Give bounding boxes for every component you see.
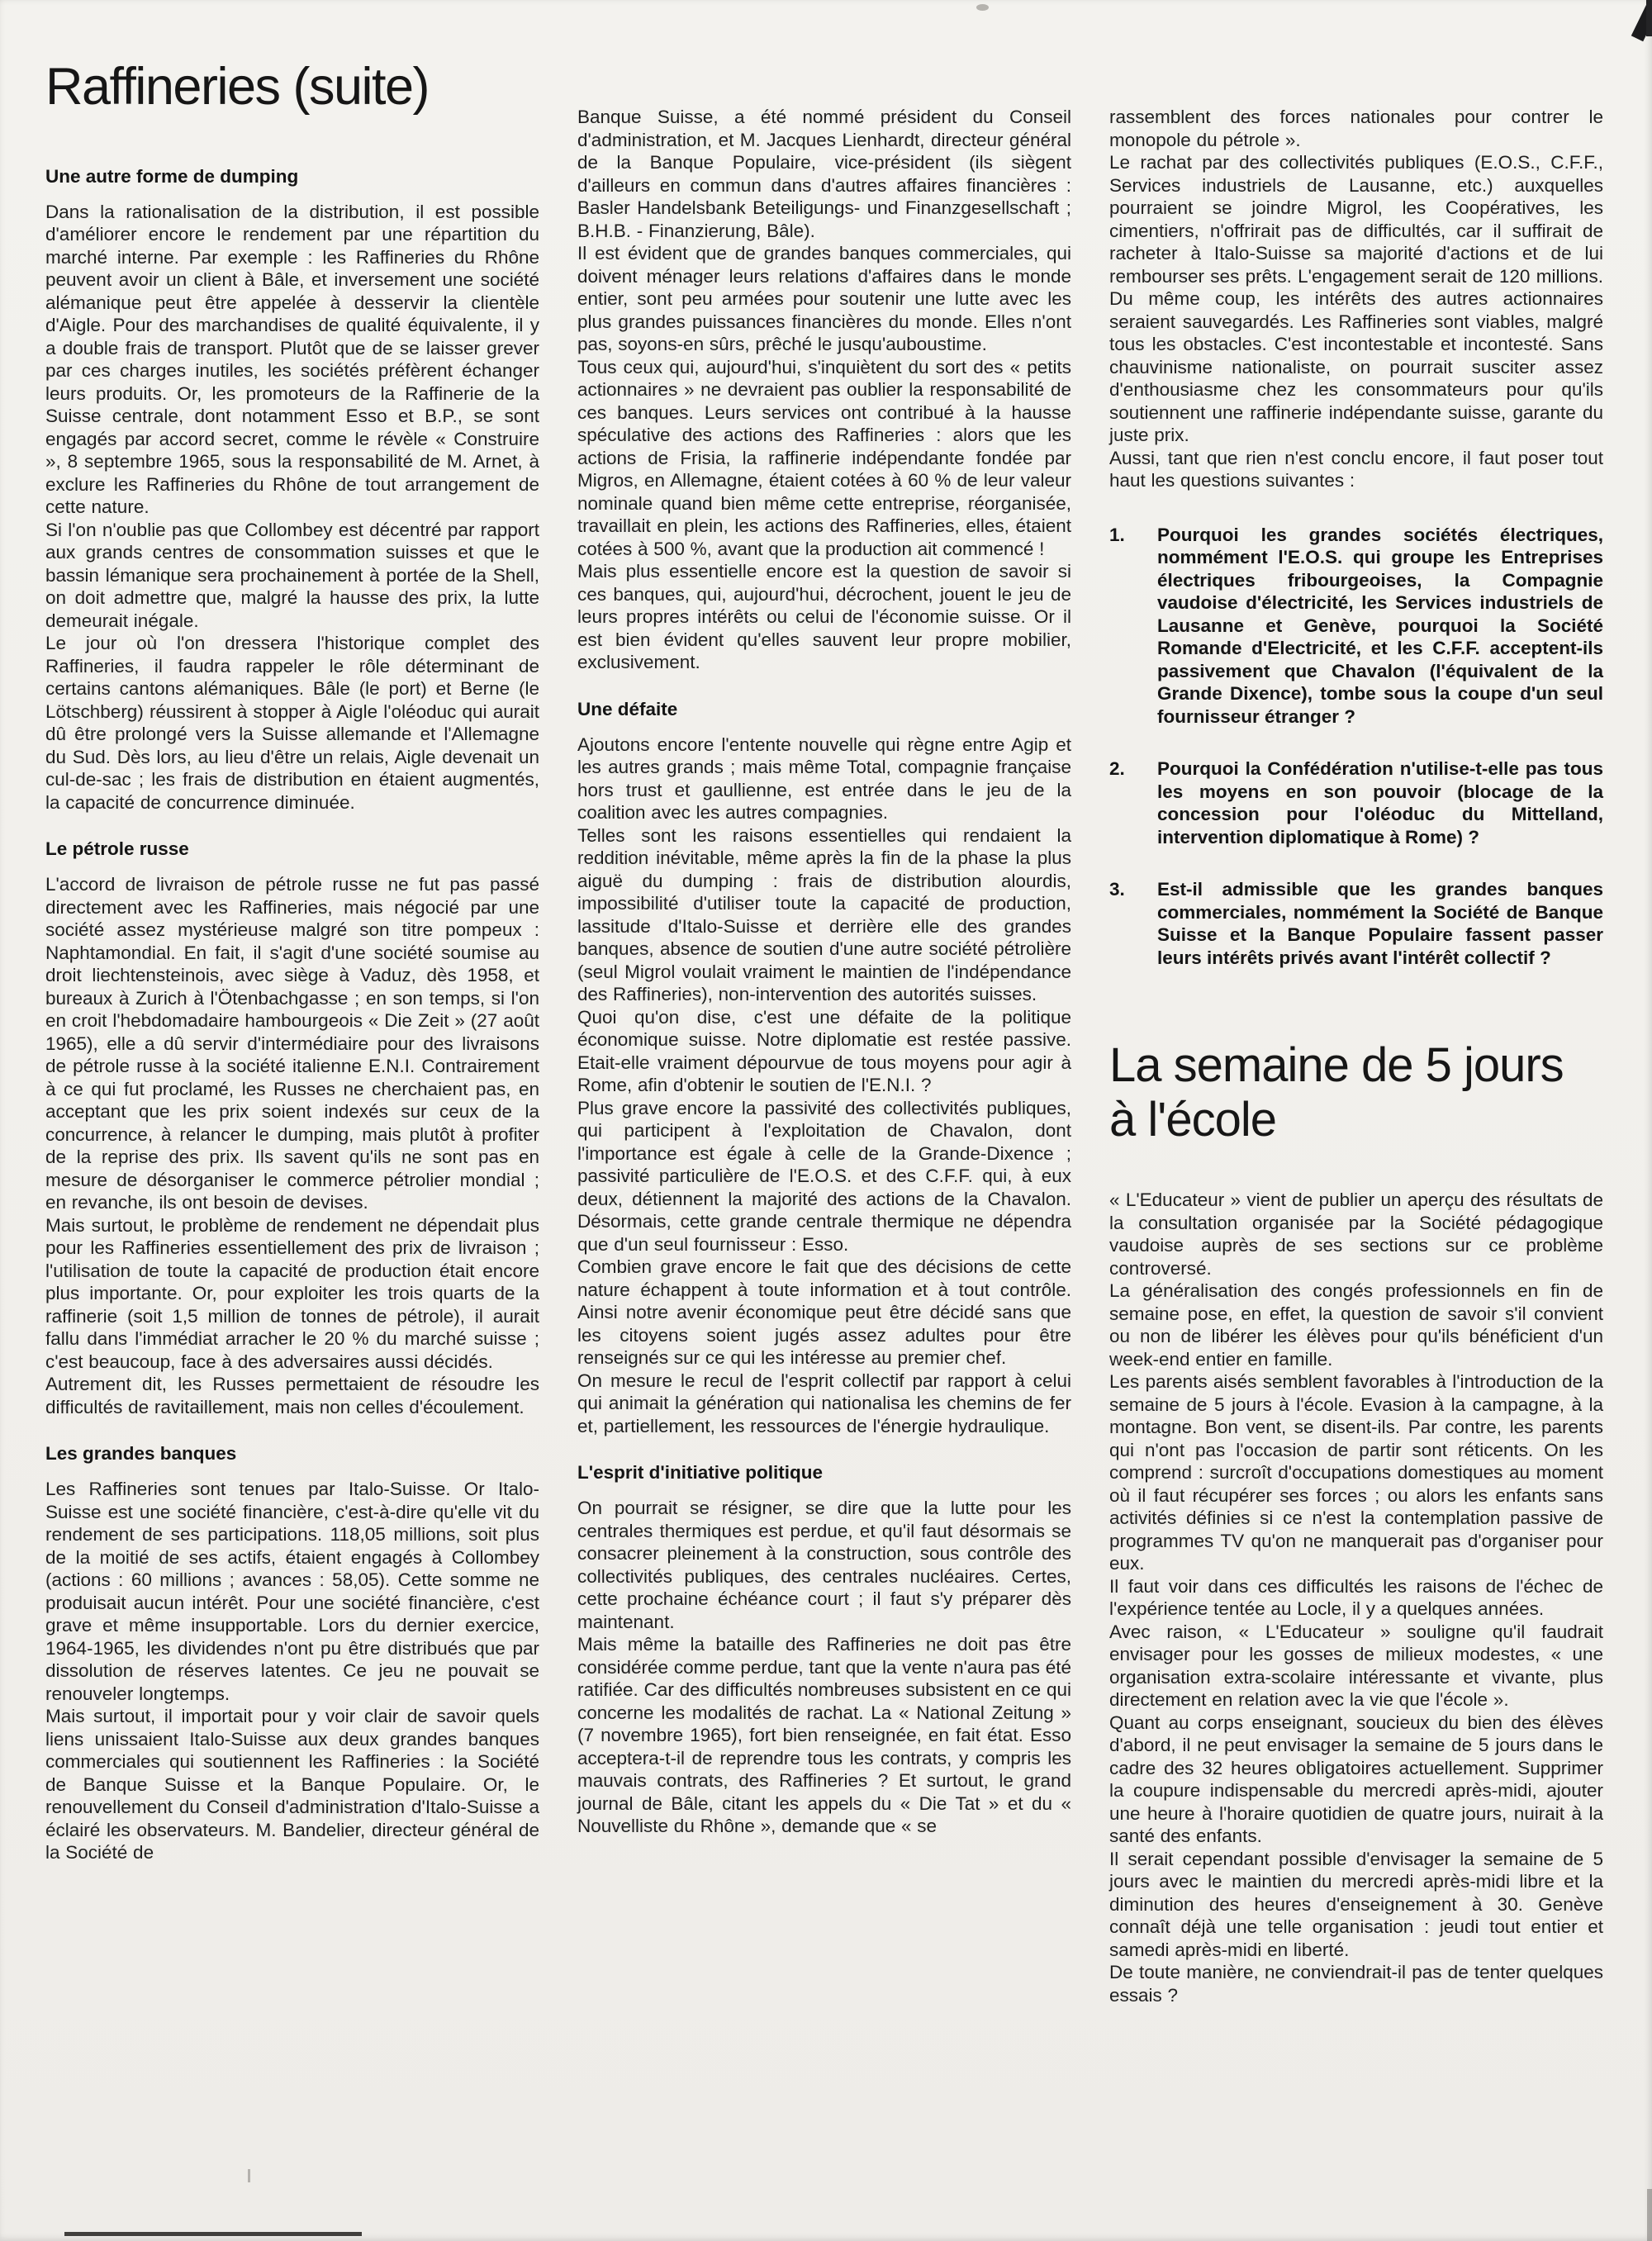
- paragraph: Le rachat par des collectivités publique…: [1109, 151, 1603, 447]
- newspaper-page: Raffineries (suite) Une autre forme de d…: [0, 0, 1652, 2241]
- paragraph: Avec raison, « L'Educateur » souligne qu…: [1109, 1621, 1603, 1712]
- column-2: Banque Suisse, a été nommé président du …: [577, 58, 1071, 2006]
- question-number: 3.: [1109, 878, 1157, 969]
- paragraph: Tous ceux qui, aujourd'hui, s'inquiètent…: [577, 356, 1071, 561]
- section-heading-esprit-initiative: L'esprit d'initiative politique: [577, 1462, 1071, 1484]
- paragraph: Banque Suisse, a été nommé président du …: [577, 106, 1071, 242]
- column-3: rassemblent des forces nationales pour c…: [1109, 58, 1603, 2006]
- scan-artifact-left-column-tick: [248, 2169, 250, 2182]
- question-item-3: 3. Est-il admissible que les grandes ban…: [1109, 878, 1603, 969]
- paragraph: Les parents aisés semblent favorables à …: [1109, 1370, 1603, 1575]
- paragraph: Aussi, tant que rien n'est conclu encore…: [1109, 447, 1603, 492]
- paragraph: Il est évident que de grandes banques co…: [577, 242, 1071, 356]
- paragraph: Il serait cependant possible d'envisager…: [1109, 1848, 1603, 1962]
- scan-artifact-bottom-left-line: [64, 2232, 362, 2236]
- paragraph: Mais surtout, il importait pour y voir c…: [45, 1705, 539, 1864]
- question-number: 2.: [1109, 757, 1157, 848]
- paragraph: Si l'on n'oublie pas que Collombey est d…: [45, 519, 539, 633]
- paragraph: Ajoutons encore l'entente nouvelle qui r…: [577, 734, 1071, 824]
- paragraph: Mais surtout, le problème de rendement n…: [45, 1214, 539, 1374]
- paragraph: Telles sont les raisons essentielles qui…: [577, 824, 1071, 1006]
- paragraph: Le jour où l'on dressera l'historique co…: [45, 632, 539, 814]
- article-title-ecole: La semaine de 5 jours à l'école: [1109, 1038, 1603, 1147]
- question-text: Pourquoi la Confédération n'utilise-t-el…: [1157, 757, 1603, 848]
- article-title-ecole-line2: à l'école: [1109, 1093, 1276, 1147]
- questions-list: 1. Pourquoi les grandes sociétés électri…: [1109, 524, 1603, 970]
- paragraph: De toute manière, ne conviendrait-il pas…: [1109, 1961, 1603, 2006]
- scan-artifact-top-right-corner: [1631, 0, 1652, 41]
- scan-artifact-top-right-edge: [1646, 0, 1652, 36]
- section-heading-grandes-banques: Les grandes banques: [45, 1443, 539, 1465]
- paragraph: Il faut voir dans ces difficultés les ra…: [1109, 1575, 1603, 1621]
- question-item-1: 1. Pourquoi les grandes sociétés électri…: [1109, 524, 1603, 729]
- paragraph: Plus grave encore la passivité des colle…: [577, 1097, 1071, 1256]
- paragraph: Dans la rationalisation de la distributi…: [45, 201, 539, 519]
- paragraph: « L'Educateur » vient de publier un aper…: [1109, 1189, 1603, 1280]
- paragraph: rassemblent des forces nationales pour c…: [1109, 106, 1603, 151]
- paragraph: Quoi qu'on dise, c'est une défaite de la…: [577, 1006, 1071, 1097]
- paragraph: Quant au corps enseignant, soucieux du b…: [1109, 1712, 1603, 1848]
- column-layout: Raffineries (suite) Une autre forme de d…: [45, 58, 1607, 2006]
- section-heading-une-defaite: Une défaite: [577, 699, 1071, 720]
- paragraph: Combien grave encore le fait que des déc…: [577, 1256, 1071, 1370]
- article-title-ecole-line1: La semaine de 5 jours: [1109, 1038, 1564, 1092]
- question-text: Pourquoi les grandes sociétés électrique…: [1157, 524, 1603, 729]
- paragraph: Les Raffineries sont tenues par Italo-Su…: [45, 1478, 539, 1705]
- column-1: Raffineries (suite) Une autre forme de d…: [45, 58, 539, 2006]
- paragraph: Autrement dit, les Russes permettaient d…: [45, 1373, 539, 1418]
- paragraph: La généralisation des congés professionn…: [1109, 1280, 1603, 1370]
- scan-artifact-bottom-right-edge: [1647, 2189, 1652, 2241]
- scan-artifact-top-middle-speck: [976, 4, 989, 11]
- section-heading-petrole-russe: Le pétrole russe: [45, 838, 539, 860]
- paragraph: Mais même la bataille des Raffineries ne…: [577, 1633, 1071, 1838]
- paragraph: Mais plus essentielle encore est la ques…: [577, 560, 1071, 674]
- question-text: Est-il admissible que les grandes banque…: [1157, 878, 1603, 969]
- paragraph: On mesure le recul de l'esprit collectif…: [577, 1370, 1071, 1438]
- paragraph: L'accord de livraison de pétrole russe n…: [45, 873, 539, 1214]
- article-title-raffineries: Raffineries (suite): [45, 58, 539, 116]
- paragraph: On pourrait se résigner, se dire que la …: [577, 1497, 1071, 1633]
- question-number: 1.: [1109, 524, 1157, 729]
- question-item-2: 2. Pourquoi la Confédération n'utilise-t…: [1109, 757, 1603, 848]
- section-heading-dumping: Une autre forme de dumping: [45, 166, 539, 188]
